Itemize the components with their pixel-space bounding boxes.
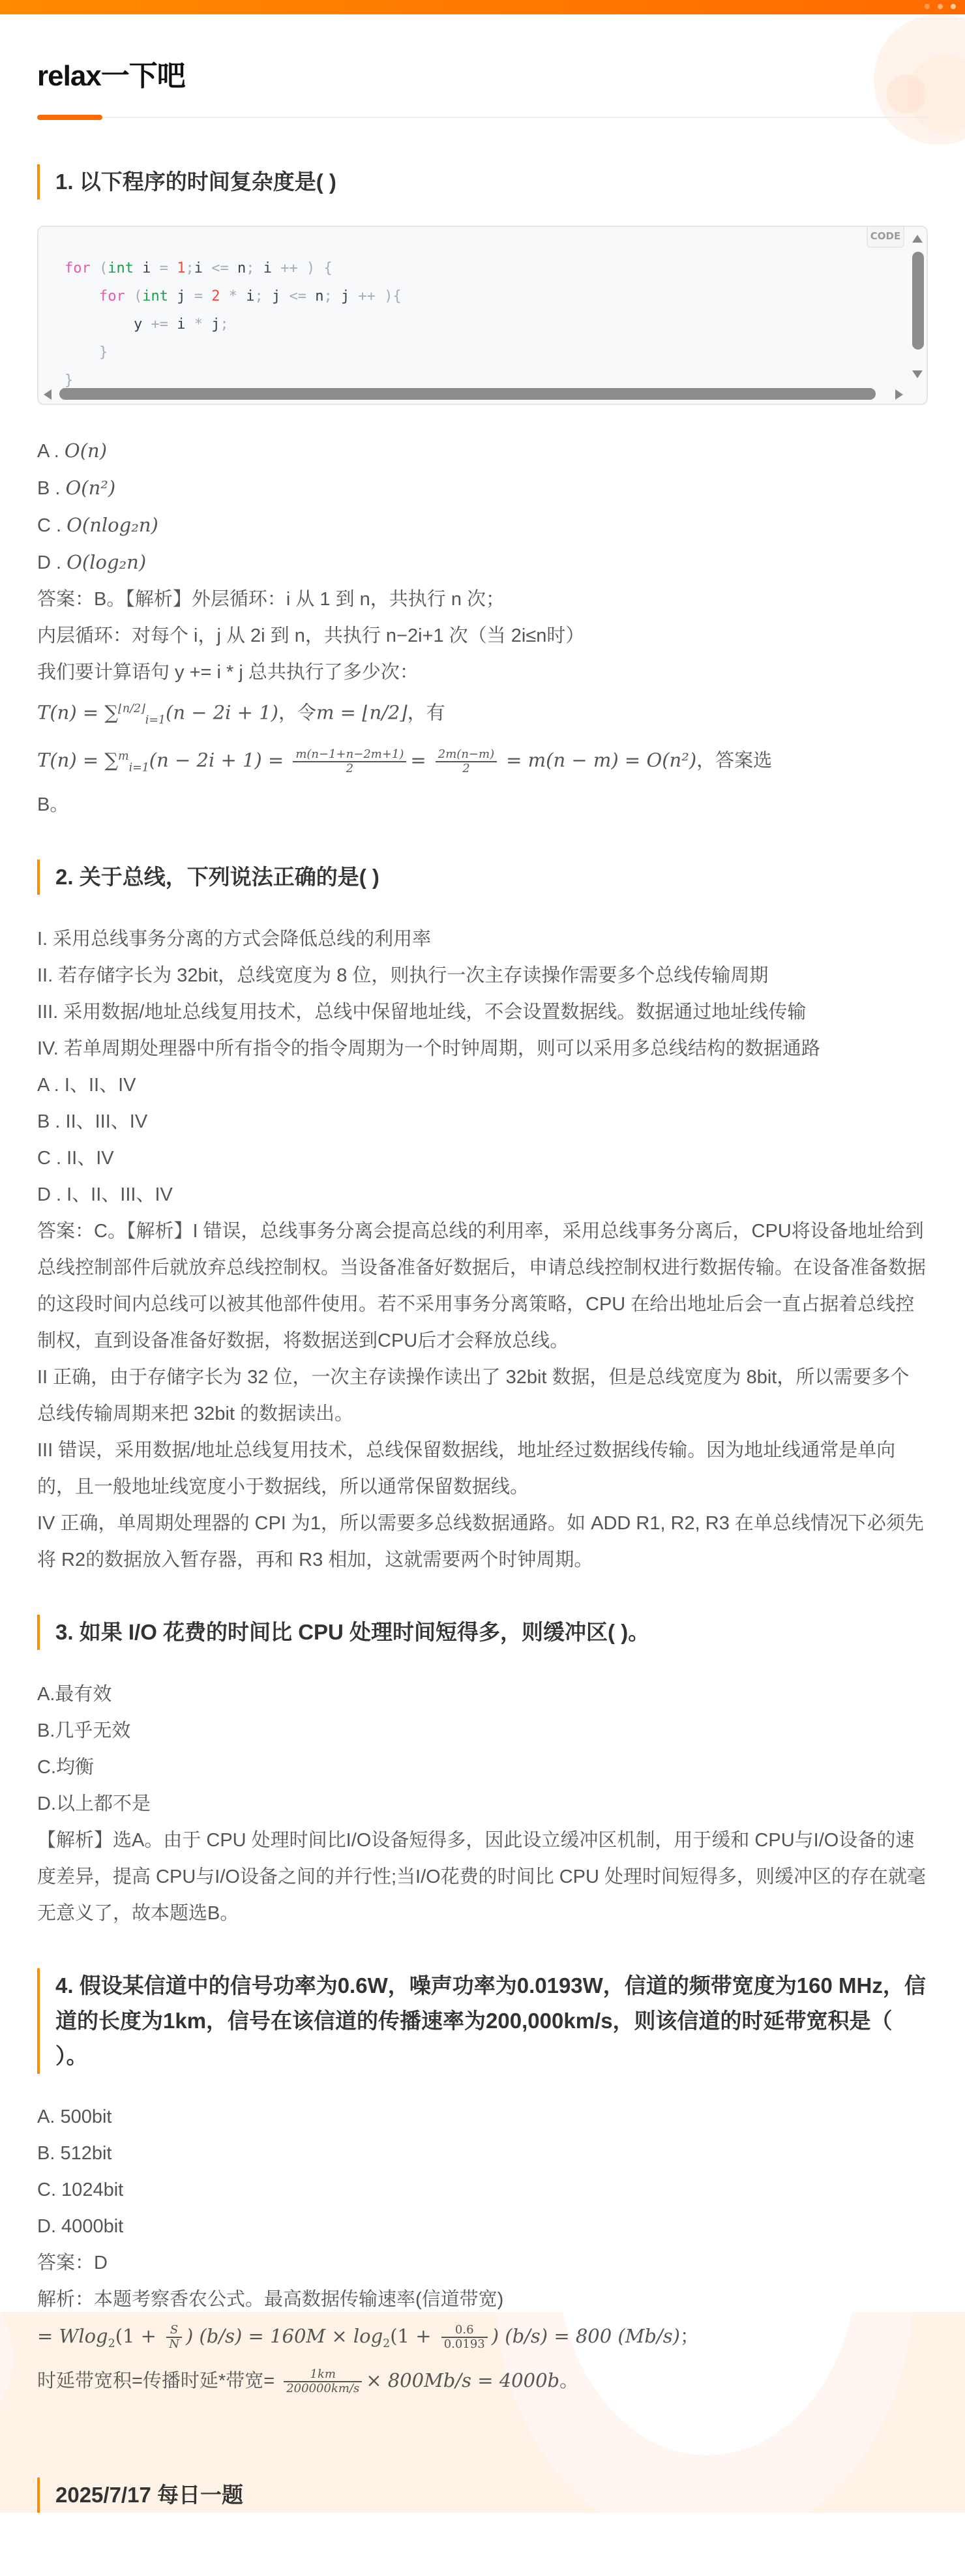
option-d: D . I、II、III、IV <box>37 1176 928 1213</box>
option-b: B.几乎无效 <box>37 1713 928 1749</box>
formula-line-2: 时延带宽积=传播时延*带宽= 1km200000km/s× 800Mb/s = … <box>37 2362 928 2399</box>
option-b: B . O(n²) <box>37 470 928 507</box>
scroll-right-arrow-icon[interactable] <box>895 389 903 400</box>
dot-icon <box>938 4 943 9</box>
option-c: C . II、IV <box>37 1140 928 1176</box>
dot-icon <box>925 4 930 9</box>
analysis: 解析：本题考察香农公式。最高数据传输速率(信道带宽) <box>37 2281 928 2318</box>
option-c: C . O(nlog₂n) <box>37 507 928 544</box>
question-1-options: A . O(n) B . O(n²) C . O(nlog₂n) D . O(l… <box>37 432 928 823</box>
answer-line: B。 <box>37 786 928 823</box>
statement: III. 采用数据/地址总线复用技术，总线中保留地址线，不会设置数据线。数据通过… <box>37 994 928 1030</box>
article: relax一下吧 1. 以下程序的时间复杂度是( ) CODE for (int… <box>0 14 965 2513</box>
scroll-up-arrow-icon[interactable] <box>912 235 923 243</box>
question-3-title: 3. 如果 I/O 花费的时间比 CPU 处理时间短得多，则缓冲区( )。 <box>37 1615 928 1650</box>
answer-line: 内层循环：对每个 i，j 从 2i 到 n，共执行 n−2i+1 次（当 2i≤… <box>37 618 928 654</box>
option-a: A. 500bit <box>37 2099 928 2135</box>
title-divider <box>37 115 928 120</box>
option-d: D . O(log₂n) <box>37 544 928 581</box>
question-3-body: A.最有效 B.几乎无效 C.均衡 D.以上都不是 【解析】选A。由于 CPU … <box>37 1676 928 1932</box>
code-block[interactable]: CODE for (int i = 1;i <= n; i ++ ) { for… <box>37 226 928 405</box>
scroll-thumb[interactable] <box>59 388 876 400</box>
scroll-thumb[interactable] <box>912 252 924 350</box>
code-content: for (int i = 1;i <= n; i ++ ) { for (int… <box>65 254 402 395</box>
option-a: A.最有效 <box>37 1676 928 1713</box>
question-4-body: A. 500bit B. 512bit C. 1024bit D. 4000bi… <box>37 2099 928 2399</box>
top-banner <box>0 0 965 14</box>
option-b: B . II、III、IV <box>37 1103 928 1140</box>
option-d: D.以上都不是 <box>37 1786 928 1822</box>
question-2-body: I. 采用总线事务分离的方式会降低总线的利用率 II. 若存储字长为 32bit… <box>37 921 928 1578</box>
code-language-tag: CODE <box>867 227 904 248</box>
option-c: C.均衡 <box>37 1749 928 1786</box>
formula-line-1: = Wlog2(1 + SN) (b/s) = 160M × log2(1 + … <box>37 2318 928 2362</box>
explanation: 答案：C。【解析】I 错误，总线事务分离会提高总线的利用率，采用总线事务分离后，… <box>37 1213 928 1359</box>
formula-line-2: T(n) = ∑mi=1(n − 2i + 1) = m(n−1+n−2m+1)… <box>37 738 928 786</box>
explanation: 【解析】选A。由于 CPU 处理时间比I/O设备短得多，因此设立缓冲区机制，用于… <box>37 1822 928 1932</box>
question-1-title: 1. 以下程序的时间复杂度是( ) <box>37 164 928 200</box>
option-a: A . I、II、IV <box>37 1067 928 1103</box>
explanation: IV 正确，单周期处理器的 CPI 为1，所以需要多总线数据通路。如 ADD R… <box>37 1505 928 1578</box>
explanation: III 错误，采用数据/地址总线复用技术，总线保留数据线，地址经过数据线传输。因… <box>37 1432 928 1505</box>
scroll-left-arrow-icon[interactable] <box>44 389 52 400</box>
option-d: D. 4000bit <box>37 2208 928 2245</box>
question-2-title: 2. 关于总线，下列说法正确的是( ) <box>37 860 928 895</box>
formula-line-1: T(n) = ∑⌊n/2⌋i=1(n − 2i + 1)，令m = ⌊n/2⌋，… <box>37 691 928 738</box>
window-dots <box>925 4 956 9</box>
answer: 答案：D <box>37 2245 928 2281</box>
option-a: A . O(n) <box>37 432 928 470</box>
daily-question-title: 2025/7/17 每日一题 <box>37 2478 928 2513</box>
answer-line: 答案：B。【解析】外层循环：i 从 1 到 n，共执行 n 次； <box>37 581 928 618</box>
statement: IV. 若单周期处理器中所有指令的指令周期为一个时钟周期，则可以采用多总线结构的… <box>37 1030 928 1067</box>
scroll-down-arrow-icon[interactable] <box>912 370 923 378</box>
option-b: B. 512bit <box>37 2135 928 2172</box>
statement: I. 采用总线事务分离的方式会降低总线的利用率 <box>37 921 928 957</box>
horizontal-scrollbar[interactable] <box>38 385 908 404</box>
page-title: relax一下吧 <box>37 14 928 112</box>
question-4-title: 4. 假设某信道中的信号功率为0.6W，噪声功率为0.0193W，信道的频带宽度… <box>37 1968 928 2074</box>
option-c: C. 1024bit <box>37 2172 928 2208</box>
answer-line: 我们要计算语句 y += i * j 总共执行了多少次： <box>37 654 928 691</box>
dot-icon <box>951 4 956 9</box>
vertical-scrollbar[interactable] <box>908 227 927 390</box>
explanation: II 正确，由于存储字长为 32 位，一次主存读操作读出了 32bit 数据，但… <box>37 1359 928 1432</box>
statement: II. 若存储字长为 32bit，总线宽度为 8 位，则执行一次主存读操作需要多… <box>37 957 928 994</box>
